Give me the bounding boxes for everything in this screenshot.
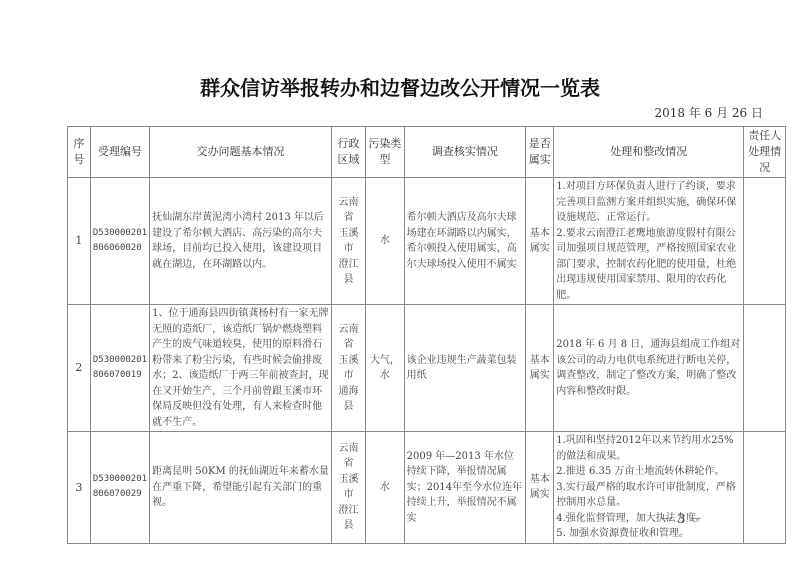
table-row: 2 D530000201806070019 1、位于通海县四街镇龚杨村有一家无牌… <box>68 305 786 432</box>
cell-region: 云南省 玉溪市 澄江县 <box>331 178 365 305</box>
cell-code: D530000201806070019 <box>90 305 149 432</box>
cell-pollution: 大气，水 <box>366 305 404 432</box>
cell-investigation: 希尔顿大酒店及高尔夫球场建在环湖路以内属实，希尔顿投入使用属实，高尔夫球场投入使… <box>404 178 526 305</box>
cell-responsible <box>744 305 786 432</box>
table-row: 1 D530000201806060020 抚仙湖东岸黄泥湾小湾村 2013 年… <box>68 178 786 305</box>
cell-handling: 1.对项目方环保负责人进行了约谈，要求完善项目监测方案并组织实施，确保环保设施规… <box>554 178 744 305</box>
header-region: 行政区域 <box>331 127 365 178</box>
header-issue: 交办问题基本情况 <box>150 127 332 178</box>
cell-verified: 基本属实 <box>526 432 554 544</box>
cell-code: D530000201806060020 <box>90 178 149 305</box>
cell-investigation: 2009 年—2013 年水位持续下降，举报情况属实；2014年至今水位连年持续… <box>404 432 526 544</box>
header-code: 受理编号 <box>90 127 149 178</box>
cell-seq: 2 <box>68 305 91 432</box>
cell-seq: 1 <box>68 178 91 305</box>
header-pollution: 污染类型 <box>366 127 404 178</box>
cell-issue: 1、位于通海县四街镇龚杨村有一家无牌无照的造纸厂，该造纸厂锅炉燃烧塑料产生的废气… <box>150 305 332 432</box>
page-number: － 3 － <box>660 508 703 527</box>
cell-seq: 3 <box>68 432 91 544</box>
header-investigation: 调查核实情况 <box>404 127 526 178</box>
cell-code: D530000201806070029 <box>90 432 149 544</box>
complaint-table: 序号 受理编号 交办问题基本情况 行政区域 污染类型 调查核实情况 是否属实 处… <box>67 126 786 544</box>
cell-handling: 1.巩固和坚持2012年以来节约用水25%的做法和成果。 2.推进 6.35 万… <box>554 432 744 544</box>
document-date: 2018 年 6 月 26 日 <box>654 104 763 121</box>
cell-responsible <box>744 178 786 305</box>
table-header-row: 序号 受理编号 交办问题基本情况 行政区域 污染类型 调查核实情况 是否属实 处… <box>68 127 786 178</box>
cell-investigation: 该企业违规生产蔬菜包装用纸 <box>404 305 526 432</box>
header-seq: 序号 <box>68 127 91 178</box>
document-title: 群众信访举报转办和边督边改公开情况一览表 <box>0 72 800 101</box>
cell-verified: 基本属实 <box>526 305 554 432</box>
cell-region: 云南省 玉溪市 澄江县 <box>331 432 365 544</box>
cell-issue: 抚仙湖东岸黄泥湾小湾村 2013 年以后建设了希尔顿大酒店、高污染的高尔夫球场，… <box>150 178 332 305</box>
header-handling: 处理和整改情况 <box>554 127 744 178</box>
cell-verified: 基本属实 <box>526 178 554 305</box>
header-responsible: 责任人处理情况 <box>744 127 786 178</box>
cell-region: 云南省 玉溪市 通海县 <box>331 305 365 432</box>
cell-issue: 距离昆明 50KM 的抚仙湖近年来蓄水量在严重下降，希望能引起有关部门的重视。 <box>150 432 332 544</box>
cell-pollution: 水 <box>366 178 404 305</box>
cell-handling: 2018 年 6 月 8 日，通海县组成工作组对该公司的动力电供电系统进行断电关… <box>554 305 744 432</box>
header-verified: 是否属实 <box>526 127 554 178</box>
cell-responsible <box>744 432 786 544</box>
cell-pollution: 水 <box>366 432 404 544</box>
